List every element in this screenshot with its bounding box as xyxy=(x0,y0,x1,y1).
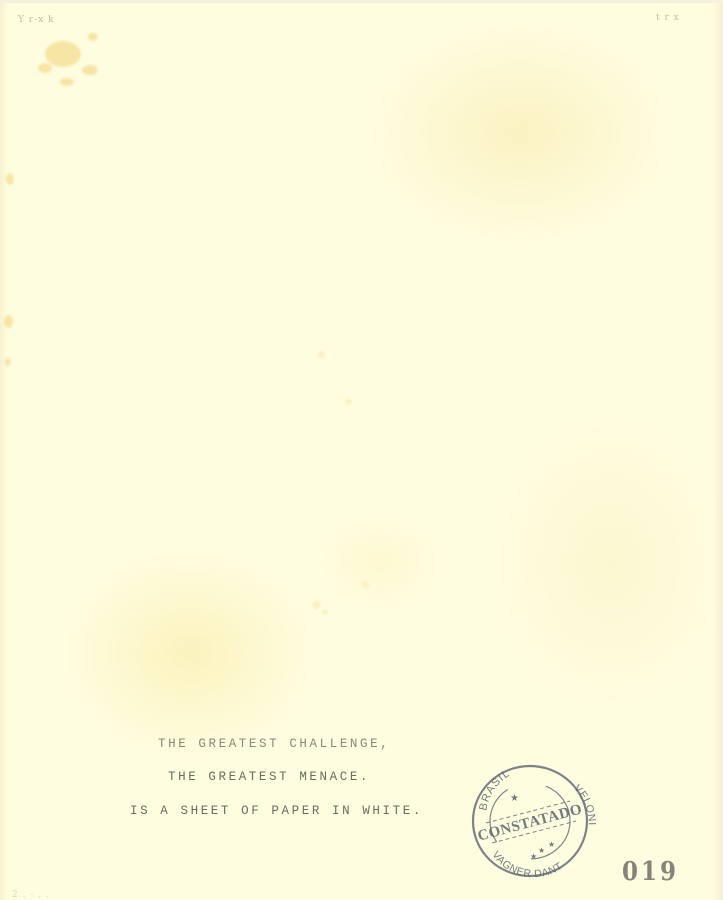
pencil-mark-top-left: Y r-x k xyxy=(18,15,55,25)
typed-line-2: THE GREATEST MENACE. xyxy=(168,770,370,784)
stain-dot-4 xyxy=(322,609,328,615)
constatado-stamp: BRASIL VELONI VAGNER DANTE CONSTATADO ★ … xyxy=(468,761,596,883)
stain-top-left-b xyxy=(38,63,52,73)
stain-left-3 xyxy=(5,358,11,366)
stain-dot-1 xyxy=(318,351,325,358)
typed-line-1: THE GREATEST CHALLENGE, xyxy=(158,737,390,751)
stain-top-left-c xyxy=(82,65,98,75)
paper-sheet: Y r-x k t r x 2 . - . . THE GREATEST CHA… xyxy=(0,0,723,900)
pencil-mark-top-right: t r x xyxy=(656,13,680,23)
paper-edge-left xyxy=(0,3,8,900)
stain-dot-3 xyxy=(312,601,321,609)
paper-edge-right xyxy=(713,3,723,900)
stain-dot-5 xyxy=(362,581,369,588)
stain-dot-2 xyxy=(345,398,352,405)
pencil-mark-bottom-left: 2 . - . . xyxy=(12,890,50,900)
typed-line-3: IS A SHEET OF PAPER IN WHITE. xyxy=(130,804,423,818)
stain-top-left xyxy=(45,41,81,67)
page-number: 019 xyxy=(622,856,679,887)
stain-left-1 xyxy=(6,173,14,185)
star-icon: ★ xyxy=(538,846,545,855)
aging-tone xyxy=(0,3,723,900)
stain-left-2 xyxy=(4,315,13,328)
star-icon: ★ xyxy=(548,840,555,849)
stain-top-left-e xyxy=(60,78,74,86)
star-icon: ★ xyxy=(530,852,537,861)
star-icon: ★ xyxy=(510,793,519,804)
stain-top-left-d xyxy=(88,33,98,41)
